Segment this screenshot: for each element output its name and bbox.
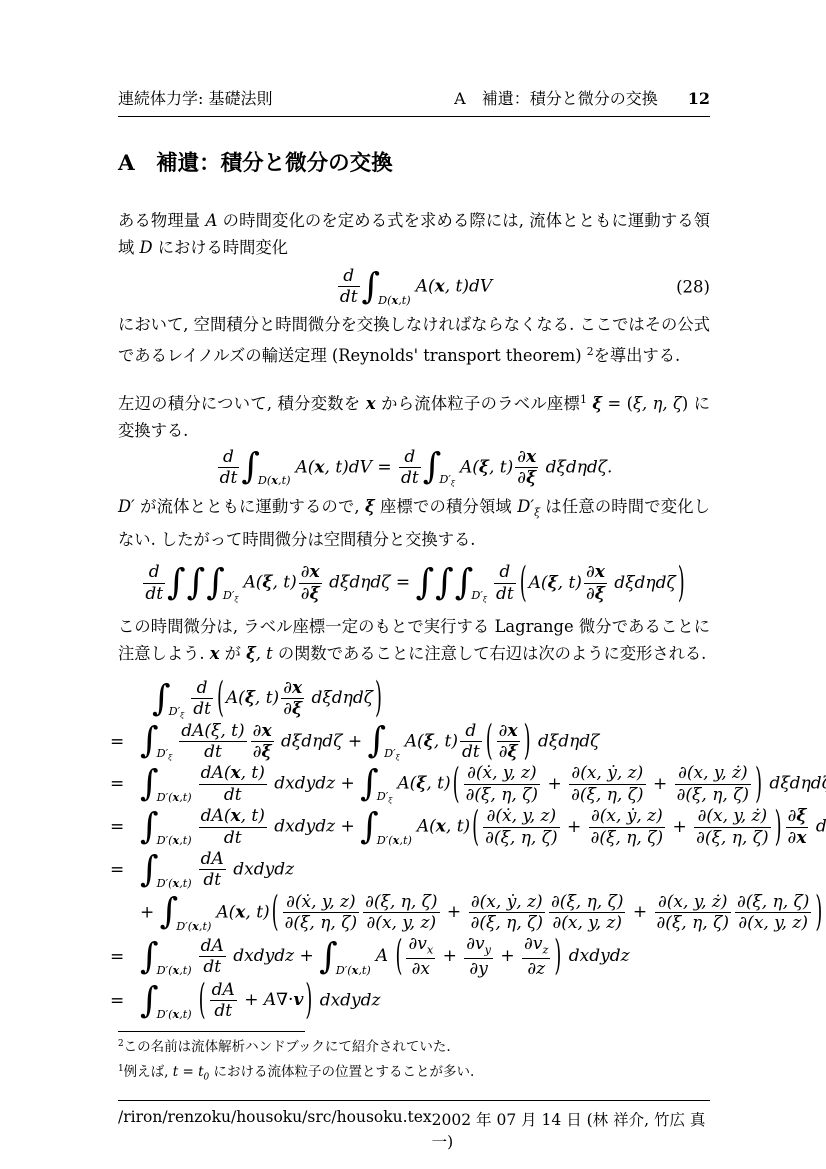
footer-rule xyxy=(118,1100,710,1101)
equation-triple-integral: ddt∫∫∫D′ξA(ξ, t)∂x∂ξ dξdηdζ = ∫∫∫D′ξddt(… xyxy=(118,563,710,603)
header-section-title: A 補遺：積分と微分の交換 xyxy=(454,89,658,108)
footnote-rule xyxy=(118,1031,305,1032)
equation-row: =∫D′(x,t)dAdt dxdydz xyxy=(110,850,710,890)
paragraph-intro: ある物理量 A の時間変化のを定める式を求める際には, 流体とともに運動する領域… xyxy=(118,207,710,261)
equation-row: ∫D′ξddt(A(ξ, t)∂x∂ξ dξdηdζ) xyxy=(110,679,710,719)
page-header: 連続体力学: 基礎法則 A 補遺：積分と微分の交換12 xyxy=(118,86,710,109)
equation-transform-body: ddt∫D(x,t)A(x, t)dV = ddt∫D′ξA(ξ, t)∂x∂ξ… xyxy=(216,448,613,488)
equation-row: + ∫D′(x,t)A(x, t)(∂(ẋ, y, z)∂(ξ, η, ζ)∂(… xyxy=(110,893,710,933)
header-right-group: A 補遺：積分と微分の交換12 xyxy=(454,86,710,109)
paragraph-lagrange: この時間微分は, ラベル座標一定のもとで実行する Lagrange 微分であるこ… xyxy=(118,613,710,667)
derivation-block: ∫D′ξddt(A(ξ, t)∂x∂ξ dξdηdζ)=∫D′ξdA(ξ, t)… xyxy=(110,679,710,1021)
document-page: 連続体力学: 基礎法則 A 補遺：積分と微分の交換12 A 補遺：積分と微分の交… xyxy=(0,0,826,1169)
equation-28: ddt∫D(x,t)A(x, t)dV (28) xyxy=(118,267,710,307)
equation-row: =∫D′(x,t)(dAdt + A∇·v) dxdydz xyxy=(110,981,710,1021)
page-number: 12 xyxy=(688,89,710,108)
paragraph-reynolds: において, 空間積分と時間微分を交換しなければならなくなる. ここではその公式で… xyxy=(118,311,710,369)
equation-28-number: (28) xyxy=(676,277,710,296)
footer-date-authors: 2002 年 07 月 14 日 (林 祥介, 竹広 真一) xyxy=(432,1108,710,1152)
header-rule xyxy=(118,116,710,117)
header-left-title: 連続体力学: 基礎法則 xyxy=(118,86,272,109)
section-title: A 補遺：積分と微分の交換 xyxy=(118,146,710,177)
equation-row: =∫D′(x,t)dA(x, t)dt dxdydz + ∫D′(x,t)A(x… xyxy=(110,807,710,847)
footnote-2: 2この名前は流体解析ハンドブックにて紹介されていた. xyxy=(118,1035,710,1057)
paragraph-domain: D′ が流体とともに運動するので, ξ 座標での積分領域 D′ξ は任意の時間で… xyxy=(118,493,710,553)
page-footer: /riron/renzoku/housoku/src/housoku.tex 2… xyxy=(118,1108,710,1152)
equation-transform: ddt∫D(x,t)A(x, t)dV = ddt∫D′ξA(ξ, t)∂x∂ξ… xyxy=(118,448,710,488)
footnote-1: 1例えば, t = t0 における流体粒子の位置とすることが多い. xyxy=(118,1060,710,1087)
equation-triple-body: ddt∫∫∫D′ξA(ξ, t)∂x∂ξ dξdηdζ = ∫∫∫D′ξddt(… xyxy=(141,563,686,603)
content-area: 連続体力学: 基礎法則 A 補遺：積分と微分の交換12 A 補遺：積分と微分の交… xyxy=(118,86,710,1152)
equation-row: =∫D′(x,t)dA(x, t)dt dxdydz + ∫D′ξA(ξ, t)… xyxy=(110,764,710,804)
paragraph-variable-change: 左辺の積分について, 積分変数を x から流体粒子のラベル座標1 ξ = (ξ,… xyxy=(118,386,710,444)
footer-file-path: /riron/renzoku/housoku/src/housoku.tex xyxy=(118,1108,432,1152)
equation-row: =∫D′ξdA(ξ, t)dt∂x∂ξ dξdηdζ + ∫D′ξA(ξ, t)… xyxy=(110,722,710,762)
equation-28-body: ddt∫D(x,t)A(x, t)dV xyxy=(336,267,492,307)
equation-row: =∫D′(x,t)dAdt dxdydz + ∫D′(x,t)A (∂vx∂x … xyxy=(110,935,710,978)
